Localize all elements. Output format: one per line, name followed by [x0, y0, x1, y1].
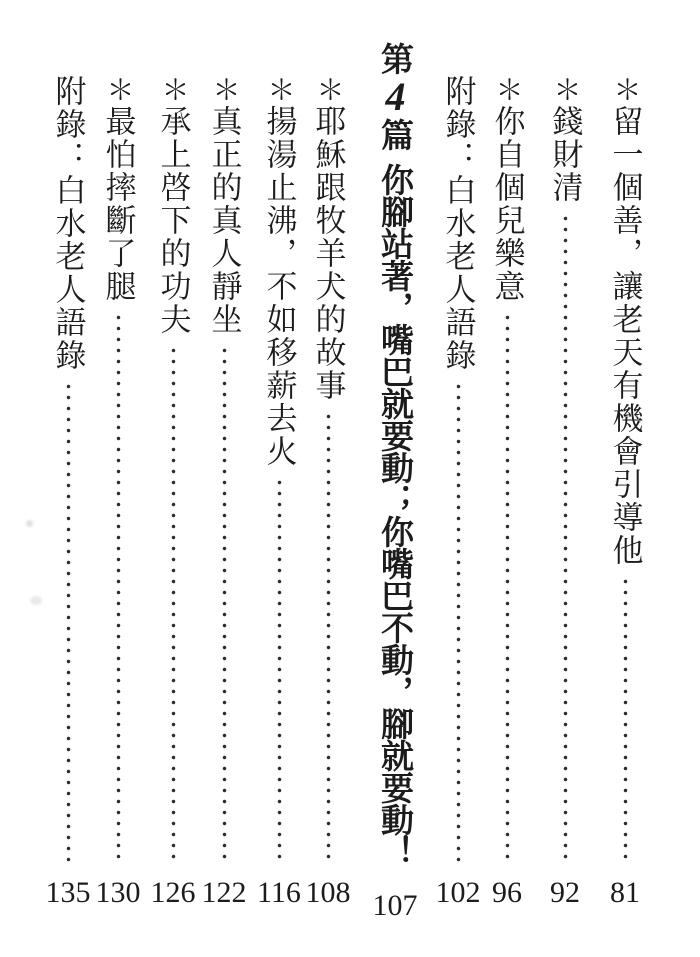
dot-leader	[326, 411, 331, 863]
dot-leader	[116, 312, 121, 863]
asterisk-marker: ＊	[209, 75, 240, 105]
dot-leader	[505, 312, 510, 863]
toc-entry: ＊承上啓下的功夫 126	[150, 75, 196, 908]
page-number: 122	[202, 867, 247, 908]
dot-leader	[277, 477, 282, 863]
toc-entry: ＊錢財清 92	[542, 75, 588, 908]
section-suffix: 篇	[376, 118, 415, 150]
entry-title-line: ＊最怕摔斷了腿	[103, 75, 134, 303]
entry-title: 留一個善，讓老天有機會引導他	[608, 105, 643, 567]
section-prefix: 第	[376, 42, 415, 74]
toc-entry: ＊留一個善，讓老天有機會引導他 81	[602, 75, 648, 908]
scan-speck	[26, 520, 33, 527]
toc-entry: ＊你自個兒樂意 96	[484, 75, 530, 908]
entry-title-line: ＊承上啓下的功夫	[158, 75, 189, 336]
page-number: 135	[46, 867, 91, 908]
toc-section-heading: 第4篇你腳站著，嘴巴就要動；你嘴巴不動，腳就要動！ 107	[369, 42, 421, 908]
entry-title: 承上啓下的功夫	[156, 105, 191, 336]
section-number: 4	[373, 74, 418, 118]
asterisk-marker: ＊	[610, 75, 641, 105]
section-title: 你腳站著，嘴巴就要動；你嘴巴不動，腳就要動！	[376, 150, 415, 867]
toc-entry: ＊最怕摔斷了腿 130	[95, 75, 141, 908]
page-number: 81	[610, 867, 640, 908]
entry-title: 真正的真人靜坐	[207, 105, 242, 336]
entry-title-line: ＊揚湯止沸，不如移薪去火	[264, 75, 295, 468]
entry-title-line: ＊真正的真人靜坐	[209, 75, 240, 336]
entry-title: 錢財清	[548, 105, 583, 204]
page-number: 116	[257, 867, 301, 908]
scan-speck	[30, 596, 42, 605]
page-number: 92	[550, 867, 580, 908]
page-number: 130	[96, 867, 141, 908]
section-heading-line: 第4篇你腳站著，嘴巴就要動；你嘴巴不動，腳就要動！	[378, 42, 412, 867]
page-number: 107	[373, 880, 418, 921]
asterisk-marker: ＊	[313, 75, 344, 105]
entry-title: 揚湯止沸，不如移薪去火	[262, 105, 297, 468]
asterisk-marker: ＊	[103, 75, 134, 105]
entry-title: 附錄：白水老人語錄	[51, 75, 86, 372]
dot-leader	[563, 213, 568, 863]
dot-leader	[456, 381, 461, 863]
dot-leader	[171, 345, 176, 863]
entry-title-line: 附錄：白水老人語錄	[443, 75, 474, 372]
dot-leader	[222, 345, 227, 863]
entry-title-line: ＊耶穌跟牧羊犬的故事	[313, 75, 344, 402]
dot-leader	[623, 576, 628, 863]
page-number: 108	[306, 867, 351, 908]
entry-title: 耶穌跟牧羊犬的故事	[311, 105, 346, 402]
toc-entry: 附錄：白水老人語錄 135	[45, 75, 91, 908]
toc-entry: ＊耶穌跟牧羊犬的故事 108	[305, 75, 351, 908]
entry-title-line: ＊你自個兒樂意	[492, 75, 523, 303]
asterisk-marker: ＊	[492, 75, 523, 105]
page-number: 96	[492, 867, 522, 908]
entry-title-line: ＊留一個善，讓老天有機會引導他	[610, 75, 641, 567]
page-number: 102	[436, 867, 481, 908]
asterisk-marker: ＊	[158, 75, 189, 105]
asterisk-marker: ＊	[264, 75, 295, 105]
asterisk-marker: ＊	[550, 75, 581, 105]
page-number: 126	[151, 867, 196, 908]
dot-leader	[66, 381, 71, 863]
toc-entry: 附錄：白水老人語錄 102	[435, 75, 481, 908]
entry-title-line: ＊錢財清	[550, 75, 581, 204]
entry-title: 最怕摔斷了腿	[101, 105, 136, 303]
toc-entry: ＊真正的真人靜坐 122	[201, 75, 247, 908]
entry-title: 你自個兒樂意	[490, 105, 525, 303]
entry-title: 附錄：白水老人語錄	[441, 75, 476, 372]
toc-entry: ＊揚湯止沸，不如移薪去火 116	[256, 75, 302, 908]
book-toc-page: ＊留一個善，讓老天有機會引導他 81 ＊錢財清 92 ＊你自個兒樂意 96 附錄…	[0, 0, 700, 957]
entry-title-line: 附錄：白水老人語錄	[53, 75, 84, 372]
